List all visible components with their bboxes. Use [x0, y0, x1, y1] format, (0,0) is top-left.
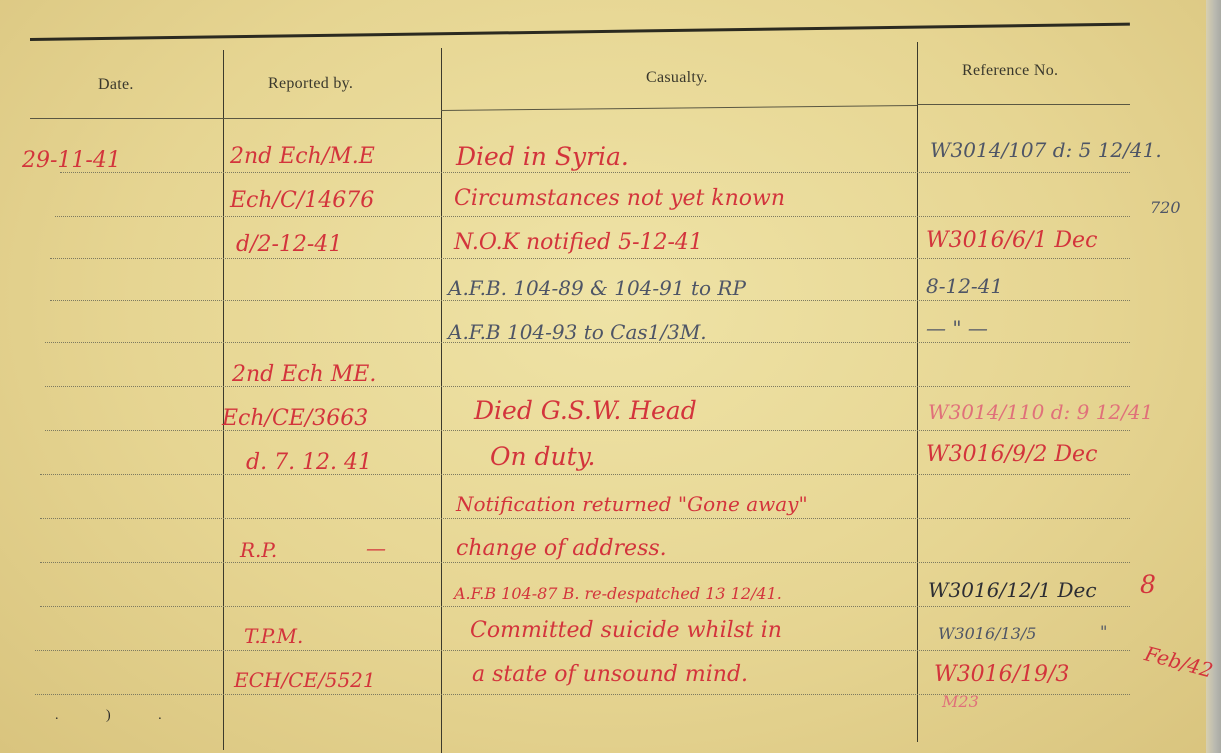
header-reference-no: Reference No. — [962, 62, 1058, 80]
entry-1-reference-line-2: 720 — [1150, 200, 1181, 216]
entry-3-reference-ditto: " — [1100, 624, 1107, 640]
ruled-line — [40, 518, 1130, 519]
entry-2-casualty-line-2: On duty. — [490, 444, 595, 469]
ledger-page: Date. Reported by. Casualty. Reference N… — [0, 0, 1221, 753]
entry-3-reported-by-line-2: T.P.M. — [244, 626, 303, 646]
margin-marks: . ) . — [55, 708, 184, 724]
ruled-line — [40, 474, 1130, 475]
entry-2-casualty-line-1: Died G.S.W. Head — [474, 398, 697, 423]
entry-2-casualty-line-3: Notification returned "Gone away" — [456, 494, 808, 514]
entry-2-reported-by-line-3: d. 7. 12. 41 — [246, 452, 372, 474]
entry-3-casualty-line-2: a state of unsound mind. — [472, 664, 748, 686]
entry-1-casualty-line-5: A.F.B 104-93 to Cas1/3M. — [448, 322, 707, 342]
entry-1-reference-line-3: W3016/6/1 Dec — [926, 230, 1097, 252]
ruled-line — [55, 216, 1130, 217]
entry-2-reference-mark: 8 — [1140, 572, 1156, 597]
entry-3-reported-by-line-1: R.P. — [240, 540, 277, 560]
entry-3-reference-date: Feb/42 — [1143, 643, 1215, 680]
header-date: Date. — [98, 76, 134, 94]
header-rule-mid — [441, 105, 917, 111]
ruled-line — [50, 300, 1130, 301]
header-rule-left — [30, 118, 442, 119]
entry-2-reported-by-line-2: Ech/CE/3663 — [222, 408, 368, 430]
entry-2-reported-by-line-1: 2nd Ech ME. — [232, 364, 376, 386]
entry-2-casualty-line-5: A.F.B 104-87 B. re-despatched 13 12/41. — [454, 586, 782, 602]
ruled-line — [60, 172, 1130, 173]
entry-2-reference-line-2: W3016/9/2 Dec — [926, 444, 1097, 466]
entry-1-reported-by-line-1: 2nd Ech/M.E — [230, 146, 375, 168]
header-casualty: Casualty. — [646, 69, 708, 87]
entry-1-casualty-line-4: A.F.B. 104-89 & 104-91 to RP — [448, 278, 746, 298]
entry-3-reference-line-1: W3016/13/5 — [938, 626, 1036, 642]
entry-2-reference-line-3: W3016/12/1 Dec — [928, 580, 1097, 600]
entry-3-casualty-line-1: Committed suicide whilst in — [470, 620, 782, 642]
entry-3-reference-code: M23 — [942, 694, 979, 710]
column-divider-2 — [441, 48, 442, 753]
ruled-line — [35, 650, 1130, 651]
entry-2-casualty-line-4: change of address. — [456, 538, 667, 560]
entry-1-reported-by-line-3: d/2-12-41 — [236, 234, 342, 256]
ruled-line — [45, 386, 1130, 387]
entry-3-reported-by-dash: — — [366, 538, 386, 558]
column-divider-3 — [917, 42, 918, 742]
entry-3-reported-by-line-3: ECH/CE/5521 — [234, 670, 376, 690]
entry-1-casualty-line-1: Died in Syria. — [456, 144, 629, 169]
entry-1-casualty-line-2: Circumstances not yet known — [454, 188, 785, 210]
ruled-line — [40, 562, 1130, 563]
entry-3-reference-line-2: W3016/19/3 — [934, 664, 1069, 686]
entry-1-reference-line-5: — " — — [926, 318, 988, 338]
entry-2-reference-line-1: W3014/110 d: 9 12/41 — [928, 402, 1153, 422]
header-reported-by: Reported by. — [268, 75, 353, 93]
page-edge — [1206, 0, 1221, 753]
entry-1-casualty-line-3: N.O.K notified 5-12-41 — [454, 232, 703, 254]
ruled-line — [45, 430, 1130, 431]
column-divider-1 — [223, 50, 224, 750]
ruled-line — [50, 258, 1130, 259]
entry-1-date: 29-11-41 — [22, 150, 121, 172]
entry-1-reference-line-4: 8-12-41 — [926, 276, 1003, 296]
entry-1-reference-line-1: W3014/107 d: 5 12/41. — [930, 140, 1162, 160]
ruled-line — [40, 606, 1130, 607]
top-rule — [30, 23, 1130, 41]
header-rule-right — [917, 104, 1130, 105]
entry-1-reported-by-line-2: Ech/C/14676 — [230, 190, 374, 212]
